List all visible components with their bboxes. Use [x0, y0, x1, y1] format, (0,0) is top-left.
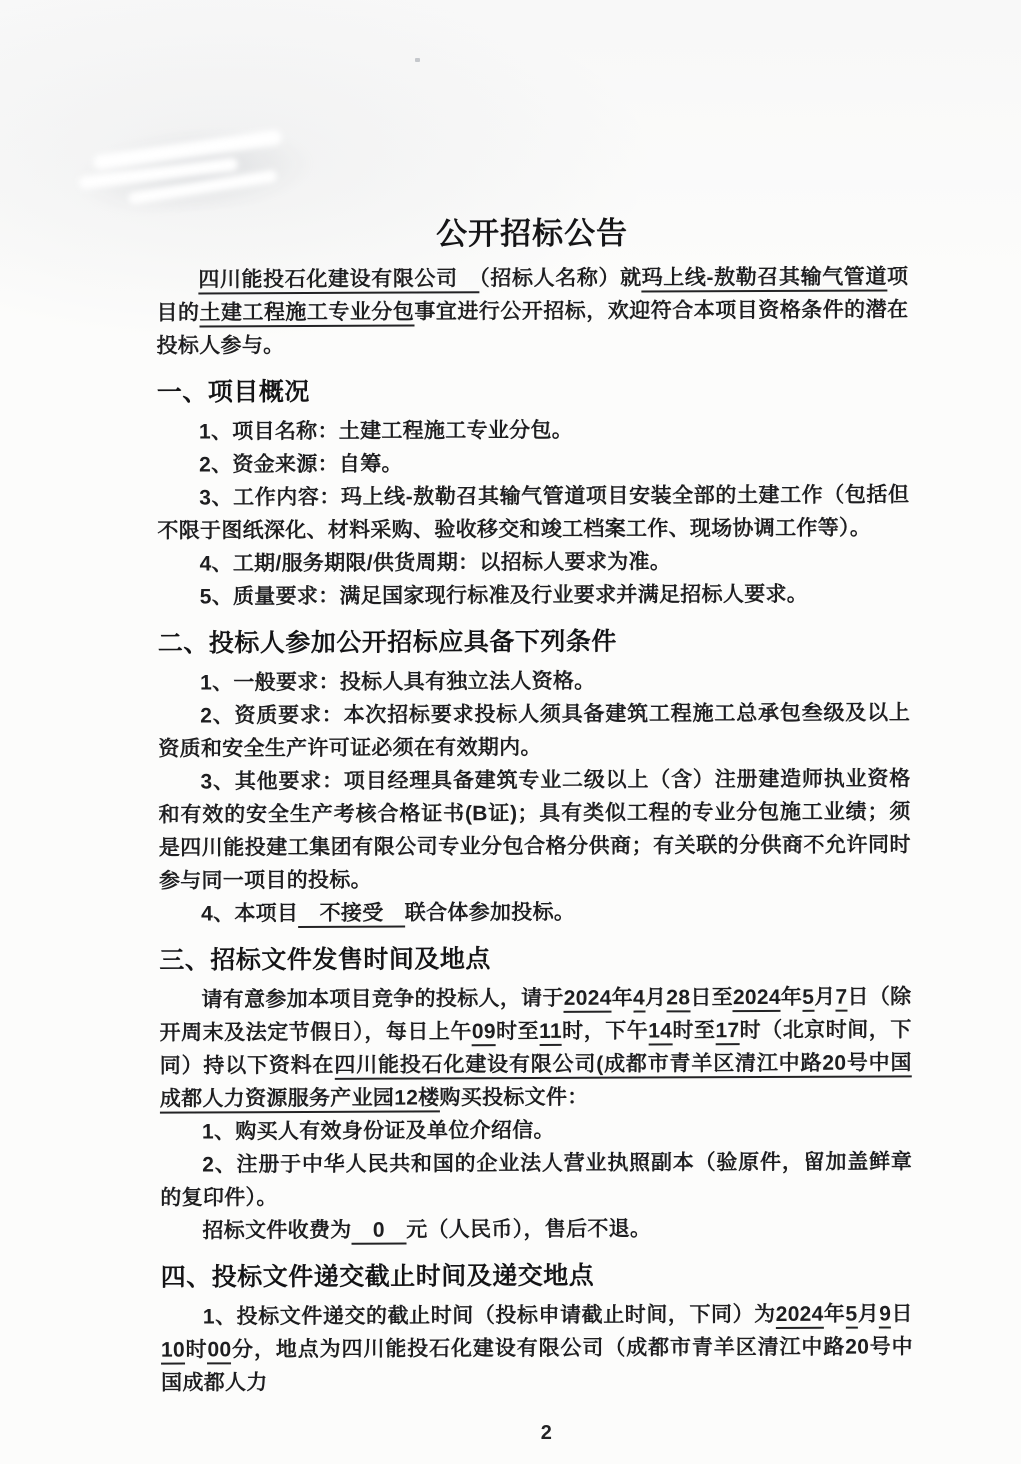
- underlined-text: 09: [472, 1020, 496, 1046]
- text-segment: 1、购买人有效身份证及单位介绍信。: [202, 1119, 555, 1144]
- underlined-text: 5: [845, 1303, 857, 1329]
- underlined-text: 7: [835, 986, 847, 1012]
- text-segment: 时至: [672, 1019, 715, 1042]
- section-1-item-1: 1、项目名称：土建工程施工专业分包。: [157, 412, 909, 448]
- text-segment: 请有意参加本项目竞争的投标人，请于: [201, 987, 563, 1012]
- underlined-text: 2024: [733, 986, 781, 1012]
- text-segment: 时，下午: [562, 1020, 648, 1043]
- text-segment: 2、资质要求：本次招标要求投标人须具备建筑工程施工总承包叁级及以上资质和安全生产…: [158, 701, 910, 760]
- section-3-item-2: 1、购买人有效身份证及单位介绍信。: [160, 1112, 912, 1148]
- underlined-text: 00: [207, 1338, 231, 1364]
- text-segment: 3、其他要求：项目经理具备建筑专业二级以上（含）注册建造师执业资格和有效的安全生…: [159, 767, 911, 892]
- text-segment: （招标人名称）就: [479, 267, 642, 291]
- text-segment: 年: [612, 987, 633, 1010]
- text-segment: 5、质量要求：满足国家现行标准及行业要求并满足招标人要求。: [200, 583, 808, 609]
- text-segment: 招标文件收费为: [202, 1219, 351, 1243]
- underlined-text: 17: [715, 1019, 739, 1045]
- section-3-item-4: 招标文件收费为 0 元（人民币），售后不退。: [160, 1211, 912, 1247]
- scan-speck: [415, 58, 420, 62]
- section-4-heading: 四、投标文件递交截止时间及递交地点: [161, 1257, 913, 1294]
- underlined-text: 玛上线-敖勒召其输气管道: [642, 265, 887, 292]
- section-1-item-5: 5、质量要求：满足国家现行标准及行业要求并满足招标人要求。: [158, 577, 910, 613]
- text-segment: 2、资金来源：自筹。: [199, 453, 403, 477]
- text-segment: 月: [857, 1302, 879, 1325]
- text-segment: 时至: [496, 1020, 539, 1043]
- text-segment: 日至: [690, 986, 733, 1009]
- underlined-text: 11: [539, 1020, 562, 1046]
- document-title: 公开招标公告: [156, 206, 908, 254]
- text-segment: 1、项目名称：土建工程施工专业分包。: [199, 419, 573, 444]
- section-2-item-1: 1、一般要求：投标人具有独立法人资格。: [158, 663, 910, 699]
- text-segment: 3、工作内容：玛上线-敖勒召其输气管道项目安装全部的土建工作（包括但不限于图纸深…: [157, 483, 909, 542]
- text-segment: 分，地点为四川能投石化建设有限公司（成都市青羊区清江中路20号中国成都人力: [161, 1335, 913, 1394]
- text-segment: 4、工期/服务期限/供货周期：以招标人要求为准。: [199, 550, 671, 575]
- text-segment: 日: [891, 1302, 913, 1325]
- text-segment: 4、本项目: [201, 902, 298, 925]
- section-3-item-1: 请有意参加本项目竞争的投标人，请于2024年4月28日至2024年5月7日（除开…: [159, 980, 912, 1115]
- document-content: 公开招标公告 四川能投石化建设有限公司 （招标人名称）就玛上线-敖勒召其输气管道…: [156, 206, 913, 1446]
- text-segment: 时: [185, 1338, 208, 1361]
- section-1-item-2: 2、资金来源：自筹。: [157, 445, 909, 481]
- text-segment: 年: [781, 986, 802, 1009]
- underlined-text: 14: [648, 1019, 672, 1045]
- text-segment: 月: [814, 986, 835, 1009]
- section-2-item-2: 2、资质要求：本次招标要求投标人须具备建筑工程施工总承包叁级及以上资质和安全生产…: [158, 696, 910, 765]
- section-1-item-3: 3、工作内容：玛上线-敖勒召其输气管道项目安装全部的土建工作（包括但不限于图纸深…: [157, 478, 909, 547]
- underlined-text: 4: [633, 987, 645, 1013]
- section-2-item-3: 3、其他要求：项目经理具备建筑专业二级以上（含）注册建造师执业资格和有效的安全生…: [158, 762, 911, 897]
- section-4-item-1: 1、投标文件递交的截止时间（投标申请截止时间，下同）为2024年5月9日10时0…: [161, 1297, 913, 1399]
- page-number: 2: [161, 1420, 913, 1446]
- section-2-item-4: 4、本项目 不接受 联合体参加投标。: [159, 894, 911, 930]
- text-segment: 2、注册于中华人民共和国的企业法人营业执照副本（验原件，留加盖鲜章的复印件）。: [160, 1150, 912, 1209]
- underlined-text: 28: [666, 986, 690, 1012]
- text-segment: 购买投标文件：: [439, 1086, 588, 1110]
- section-1-item-4: 4、工期/服务期限/供货周期：以招标人要求为准。: [157, 544, 909, 580]
- underlined-text: 5: [802, 986, 814, 1012]
- section-1-heading: 一、项目概况: [157, 372, 909, 409]
- underlined-text: 土建工程施工专业分包: [199, 301, 414, 328]
- underlined-text: 2024: [564, 987, 612, 1013]
- underlined-text: 四川能投石化建设有限公司: [198, 267, 479, 294]
- scan-smudge: [65, 115, 321, 220]
- underlined-text: 10: [161, 1339, 185, 1365]
- text-segment: 元（人民币），售后不退。: [406, 1217, 651, 1241]
- section-2-heading: 二、投标人参加公开招标应具备下列条件: [158, 623, 910, 660]
- text-segment: 1、一般要求：投标人具有独立法人资格。: [200, 670, 595, 695]
- section-3-heading: 三、招标文件发售时间及地点: [159, 940, 911, 977]
- text-segment: 联合体参加投标。: [405, 901, 576, 925]
- text-segment: 年: [824, 1303, 846, 1326]
- underlined-text: 0: [352, 1219, 407, 1245]
- underlined-text: 2024: [776, 1303, 824, 1329]
- section-3-item-3: 2、注册于中华人民共和国的企业法人营业执照副本（验原件，留加盖鲜章的复印件）。: [160, 1145, 912, 1214]
- underlined-text: 不接受: [298, 902, 405, 928]
- text-segment: 月: [645, 986, 666, 1009]
- underlined-text: 9: [879, 1302, 891, 1328]
- scanned-document-page: 公开招标公告 四川能投石化建设有限公司 （招标人名称）就玛上线-敖勒召其输气管道…: [0, 0, 1021, 1464]
- intro-paragraph: 四川能投石化建设有限公司 （招标人名称）就玛上线-敖勒召其输气管道项目的土建工程…: [156, 260, 908, 362]
- text-segment: 1、投标文件递交的截止时间（投标申请截止时间，下同）为: [203, 1303, 776, 1328]
